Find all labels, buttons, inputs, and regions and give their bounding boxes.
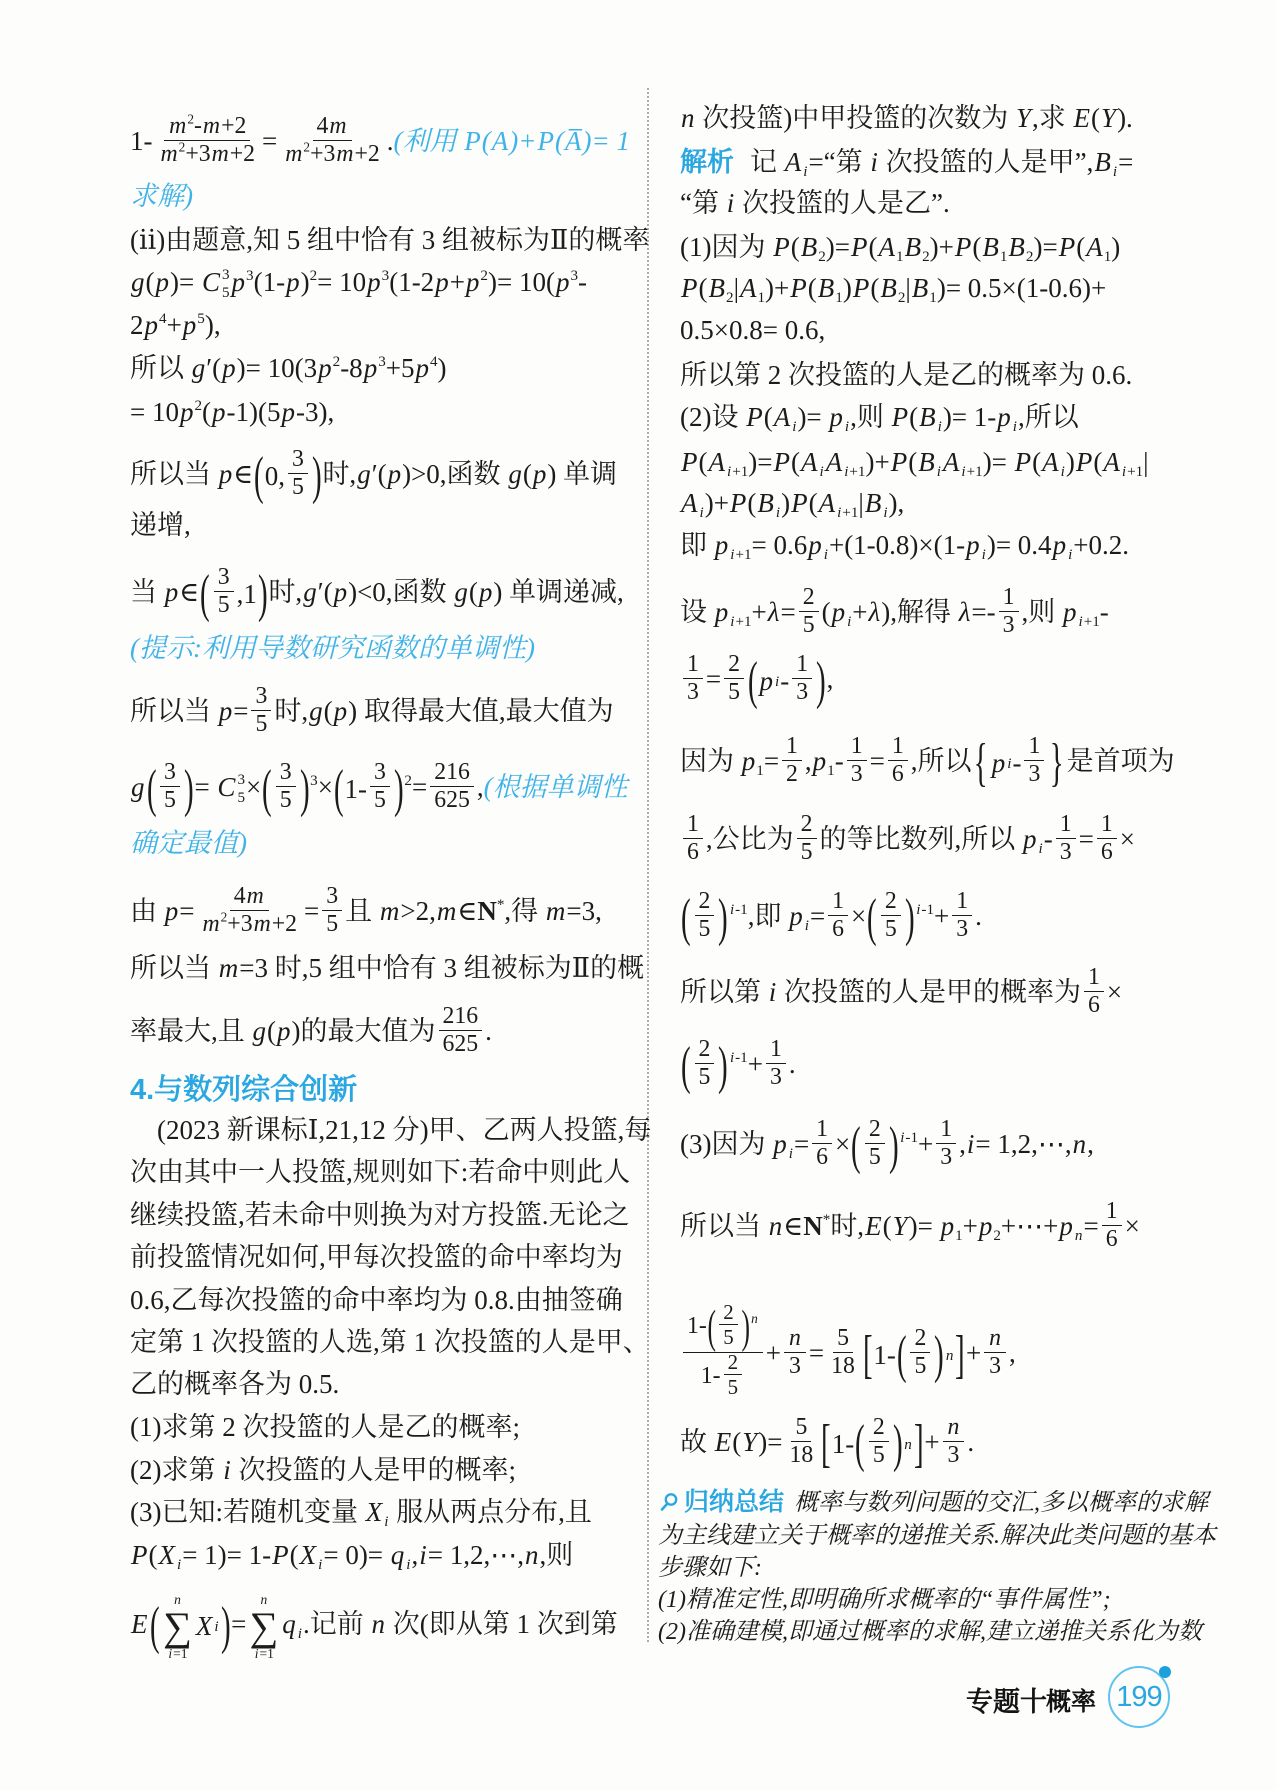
content-line: 解析记 Ai=“第 i 次投篮的人是甲”,Bi= [680, 141, 1133, 183]
content-line: 确定最值) [130, 822, 247, 864]
content-line: 继续投篮,若未命中则换为对方投篮.无论之 [130, 1194, 630, 1236]
content-line: 率最大,且 g(p)的最大值为216625. [130, 1006, 492, 1048]
content-line: 0.6,乙每次投篮的命中率均为 0.8.由抽签确 [130, 1279, 623, 1321]
content-line: 13=25(pi-13), [680, 654, 833, 696]
page-number-dot [1159, 1666, 1171, 1678]
footer-topic: 概率 [1046, 1682, 1096, 1718]
section-heading: 4.与数列综合创新 [130, 1069, 357, 1111]
content-line: 1-(25)n1-25+n3=518[1-(25)n]+n3, [680, 1306, 1016, 1348]
content-line: = 10p2(p-1)(5p-3), [130, 391, 334, 433]
content-line: (2)求第 i 次投篮的人是甲的概率; [130, 1449, 516, 1491]
content-line: 乙的概率各为 0.5. [130, 1363, 339, 1405]
content-line: 因为 p1=12,p1-13=16,所以{pi-13}是首项为 [680, 736, 1175, 778]
content-line: n 次投篮)中甲投篮的次数为 Y,求 E(Y). [680, 97, 1133, 139]
content-line: g(35)= C35×(35)3×(1-35)2=216625,(根据单调性 [130, 762, 628, 804]
content-line: (1)因为 P(B2)=P(A1B2)+P(B1B2)=P(A1) [680, 226, 1120, 268]
content-line: 所以当 n∈N*时,E(Y)= p1+p2+⋯+pn=16× [680, 1201, 1140, 1243]
content-line: 设 pi+1+λ=25(pi+λ),解得 λ=-13,则 pi+1- [680, 587, 1109, 629]
content-line: 求解) [130, 175, 193, 217]
content-line: 当 p∈(35,1)时,g′(p)<0,函数 g(p) 单调递减, [130, 567, 624, 609]
content-line: 前投篮情况如何,甲每次投篮的命中率均为 [130, 1236, 623, 1278]
content-line: (提示:利用导数研究函数的单调性) [130, 627, 535, 669]
content-line: 所以第 i 次投篮的人是甲的概率为16× [680, 967, 1122, 1009]
content-line: (25)i-1+13. [680, 1039, 796, 1081]
content-line: 所以当 p∈(0,35)时,g′(p)>0,函数 g(p) 单调 [130, 449, 617, 491]
content-line: (ⅱ)由题意,知 5 组中恰有 3 组被标为Ⅱ的概率 [130, 219, 649, 261]
page-number: 199 [1116, 1681, 1161, 1714]
textbook-page: 1-m2-m+2m2+3m+2=4mm2+3m+2.(利用 P(A)+P(A̅)… [0, 0, 1276, 1790]
magnifier-icon [658, 1489, 680, 1523]
content-line: 即 pi+1= 0.6pi+(1-0.8)×(1-pi)= 0.4pi+0.2. [680, 524, 1129, 566]
content-line: 所以当 m=3 时,5 组中恰有 3 组被标为Ⅱ的概 [130, 947, 644, 989]
content-line: 所以 g′(p)= 10(3p2-8p3+5p4) [130, 347, 447, 389]
page-number-badge: 199 [1108, 1666, 1170, 1728]
content-line: 递增, [130, 504, 191, 546]
content-line: 故 E(Y)=518[1-(25)n]+n3. [680, 1417, 974, 1459]
content-line: 0.5×0.8= 0.6, [680, 309, 825, 351]
content-line: E(n∑i=1Xi)=n∑i=1qi.记前 n 次(即从第 1 次到第 [130, 1592, 618, 1634]
content-line: (3)已知:若随机变量 Xi 服从两点分布,且 [130, 1491, 592, 1533]
content-line: 归纳总结概率与数列问题的交汇,多以概率的求解 [658, 1485, 1208, 1519]
content-line: 定第 1 次投篮的人选,第 1 次投篮的人是甲、 [130, 1321, 650, 1363]
content-line: 所以当 p=35时,g(p) 取得最大值,最大值为 [130, 686, 614, 728]
content-line: Ai)+P(Bi)P(Ai+1|Bi), [680, 482, 904, 524]
content-line: (2023 新课标Ⅰ,21,12 分)甲、乙两人投篮,每 [157, 1109, 651, 1151]
content-line: (1)求第 2 次投篮的人是乙的概率; [130, 1406, 520, 1448]
content-line: (2)设 P(Ai)= pi,则 P(Bi)= 1-pi,所以 [680, 396, 1079, 438]
content-line: 次由其中一人投篮,规则如下:若命中则此人 [130, 1151, 630, 1193]
jiexi-label: 解析 [680, 147, 734, 177]
content-line: (25)i-1,即 pi=16×(25)i-1+13. [680, 891, 982, 933]
content-line: 为主线建立关于概率的递推关系.解决此类问题的基本 [658, 1519, 1216, 1553]
content-line: “第 i 次投篮的人是乙”. [680, 182, 950, 224]
content-line: 步骤如下: [658, 1551, 762, 1585]
content-line: 2p4+p5), [130, 304, 221, 346]
content-line: 1-m2-m+2m2+3m+2=4mm2+3m+2.(利用 P(A)+P(A̅)… [130, 116, 630, 158]
content-line: 所以第 2 次投篮的人是乙的概率为 0.6. [680, 354, 1132, 396]
content-line: P(Xi= 1)= 1-P(Xi= 0)= qi,i= 1,2,⋯,n,则 [130, 1534, 573, 1576]
content-line: g(p)= C35p3(1-p)2= 10p3(1-2p+p2)= 10(p3- [130, 261, 587, 303]
content-line: 16,公比为25的等比数列,所以 pi-13=16× [680, 814, 1135, 856]
content-line: (3)因为 pi=16×(25)i-1+13,i= 1,2,⋯,n, [680, 1119, 1094, 1161]
summary-label: 归纳总结 [684, 1488, 784, 1516]
content-line: (2)准确建模,即通过概率的求解,建立递推关系化为数 [658, 1615, 1202, 1649]
content-line: P(B2|A1)+P(B1)P(B2|B1)= 0.5×(1-0.6)+ [680, 267, 1106, 309]
content-line: P(Ai+1)=P(AiAi+1)+P(BiAi+1)= P(Ai)P(Ai+1… [680, 441, 1149, 483]
footer-section: 专题十 [966, 1680, 1047, 1719]
column-divider [647, 88, 649, 1642]
content-line: 由 p=4mm2+3m+2=35且 m>2,m∈N*,得 m=3, [130, 886, 602, 928]
content-line: (1)精准定性,即明确所求概率的“事件属性”; [658, 1583, 1111, 1617]
